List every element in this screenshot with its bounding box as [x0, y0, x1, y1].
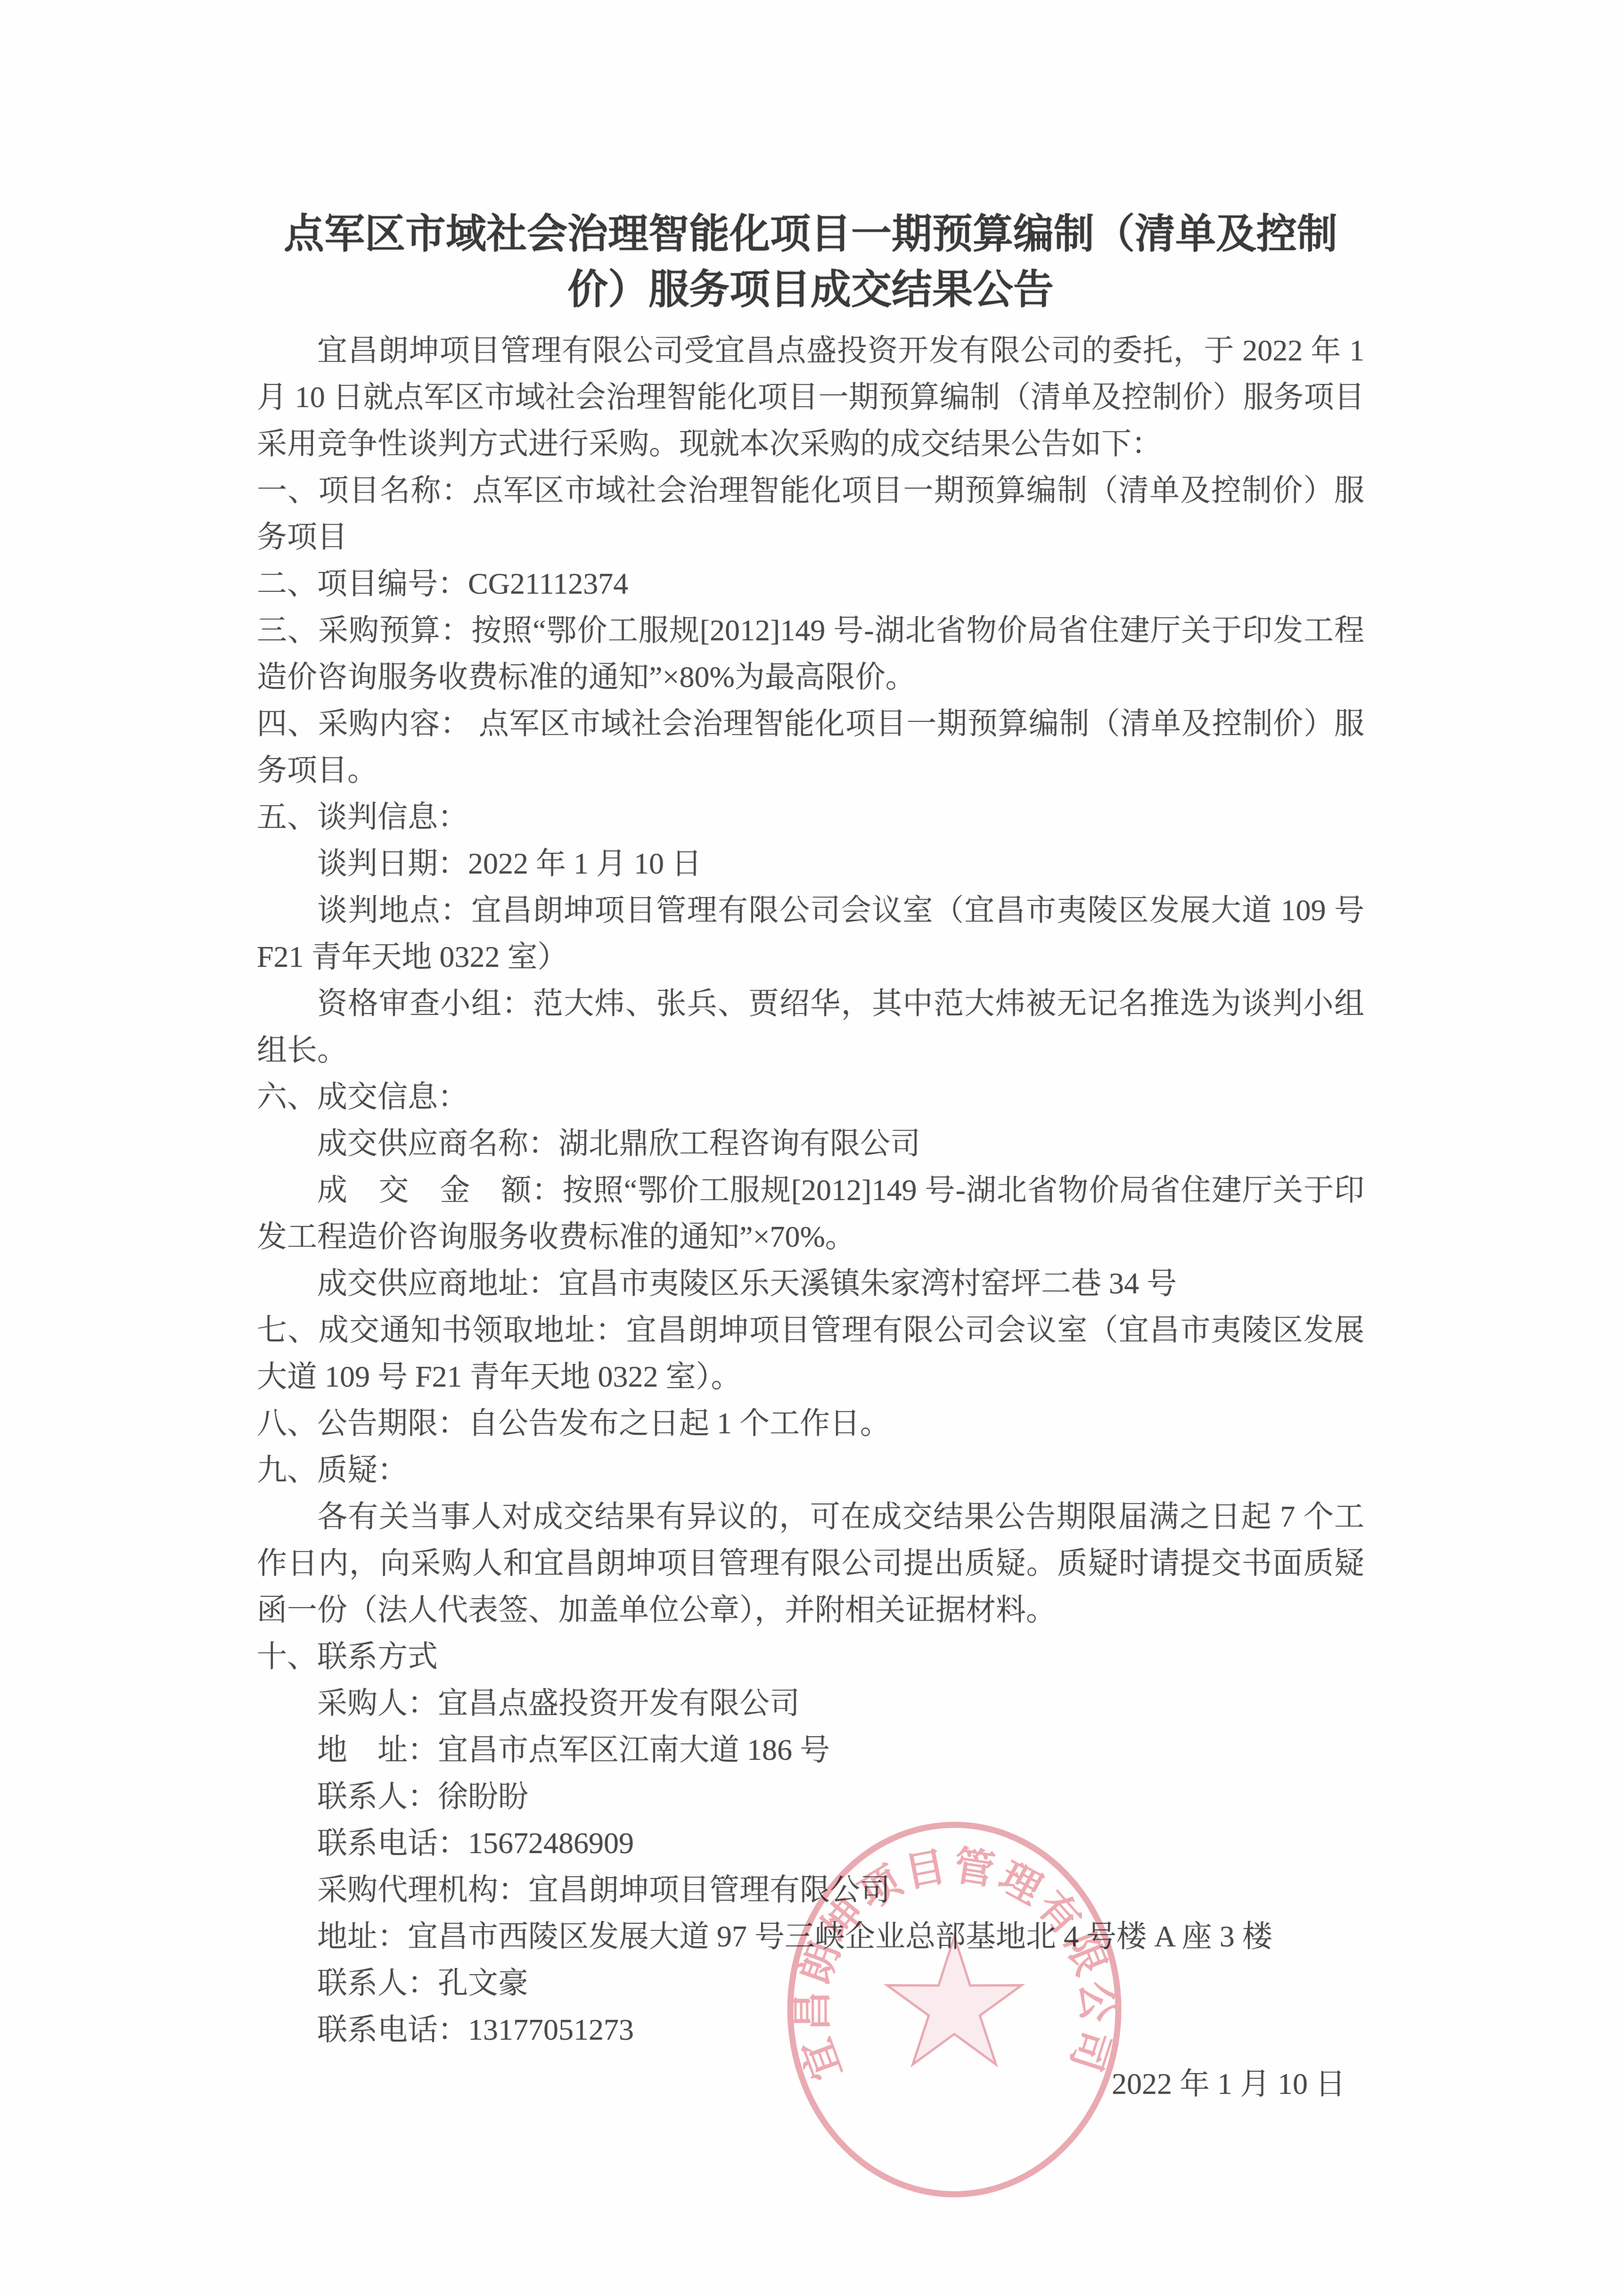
- para-supplier-address: 成交供应商地址：宜昌市夷陵区乐天溪镇朱家湾村窑坪二巷 34 号: [257, 1260, 1364, 1307]
- para-project-name: 一、项目名称：点军区市域社会治理智能化项目一期预算编制（清单及控制价）服务项目: [257, 467, 1364, 560]
- para-procurement-budget: 三、采购预算：按照“鄂价工服规[2012]149 号-湖北省物价局省住建厅关于印…: [257, 607, 1364, 700]
- para-buyer-address: 地 址：宜昌市点军区江南大道 186 号: [257, 1726, 1364, 1773]
- para-negotiation-date: 谈判日期：2022 年 1 月 10 日: [257, 840, 1364, 887]
- seal-star-icon: [887, 1936, 1021, 2064]
- para-intro: 宜昌朗坤项目管理有限公司受宜昌点盛投资开发有限公司的委托，于 2022 年 1 …: [257, 327, 1364, 467]
- company-seal: 宜昌朗坤项目管理有限公司: [780, 1816, 1129, 2203]
- title-line-1: 点军区市域社会治理智能化项目一期预算编制（清单及控制: [284, 212, 1337, 257]
- document-page: 点军区市域社会治理智能化项目一期预算编制（清单及控制 价）服务项目成交结果公告 …: [0, 0, 1624, 2296]
- para-announcement-period: 八、公告期限：自公告发布之日起 1 个工作日。: [257, 1400, 1364, 1446]
- para-objection-detail: 各有关当事人对成交结果有异议的，可在成交结果公告期限届满之日起 7 个工作日内，…: [257, 1493, 1364, 1633]
- para-buyer-contact: 联系人：徐盼盼: [257, 1773, 1364, 1820]
- para-supplier-name: 成交供应商名称：湖北鼎欣工程咨询有限公司: [257, 1120, 1364, 1167]
- para-award-heading: 六、成交信息：: [257, 1073, 1364, 1120]
- para-award-amount: 成 交 金 额：按照“鄂价工服规[2012]149 号-湖北省物价局省住建厅关于…: [257, 1167, 1364, 1260]
- para-procurement-content: 四、采购内容： 点军区市域社会治理智能化项目一期预算编制（清单及控制价）服务项目…: [257, 700, 1364, 793]
- para-contact-heading: 十、联系方式: [257, 1633, 1364, 1680]
- para-review-panel: 资格审查小组：范大炜、张兵、贾绍华，其中范大炜被无记名推选为谈判小组组长。: [257, 980, 1364, 1073]
- para-buyer-name: 采购人：宜昌点盛投资开发有限公司: [257, 1680, 1364, 1726]
- para-notice-pickup: 七、成交通知书领取地址：宜昌朗坤项目管理有限公司会议室（宜昌市夷陵区发展大道 1…: [257, 1307, 1364, 1400]
- para-objection-heading: 九、质疑：: [257, 1446, 1364, 1493]
- para-project-number: 二、项目编号：CG21112374: [257, 560, 1364, 607]
- para-negotiation-heading: 五、谈判信息：: [257, 793, 1364, 840]
- para-negotiation-place: 谈判地点：宜昌朗坤项目管理有限公司会议室（宜昌市夷陵区发展大道 109 号 F2…: [257, 887, 1364, 980]
- page-title: 点军区市域社会治理智能化项目一期预算编制（清单及控制 价）服务项目成交结果公告: [257, 206, 1364, 318]
- title-line-2: 价）服务项目成交结果公告: [567, 267, 1054, 312]
